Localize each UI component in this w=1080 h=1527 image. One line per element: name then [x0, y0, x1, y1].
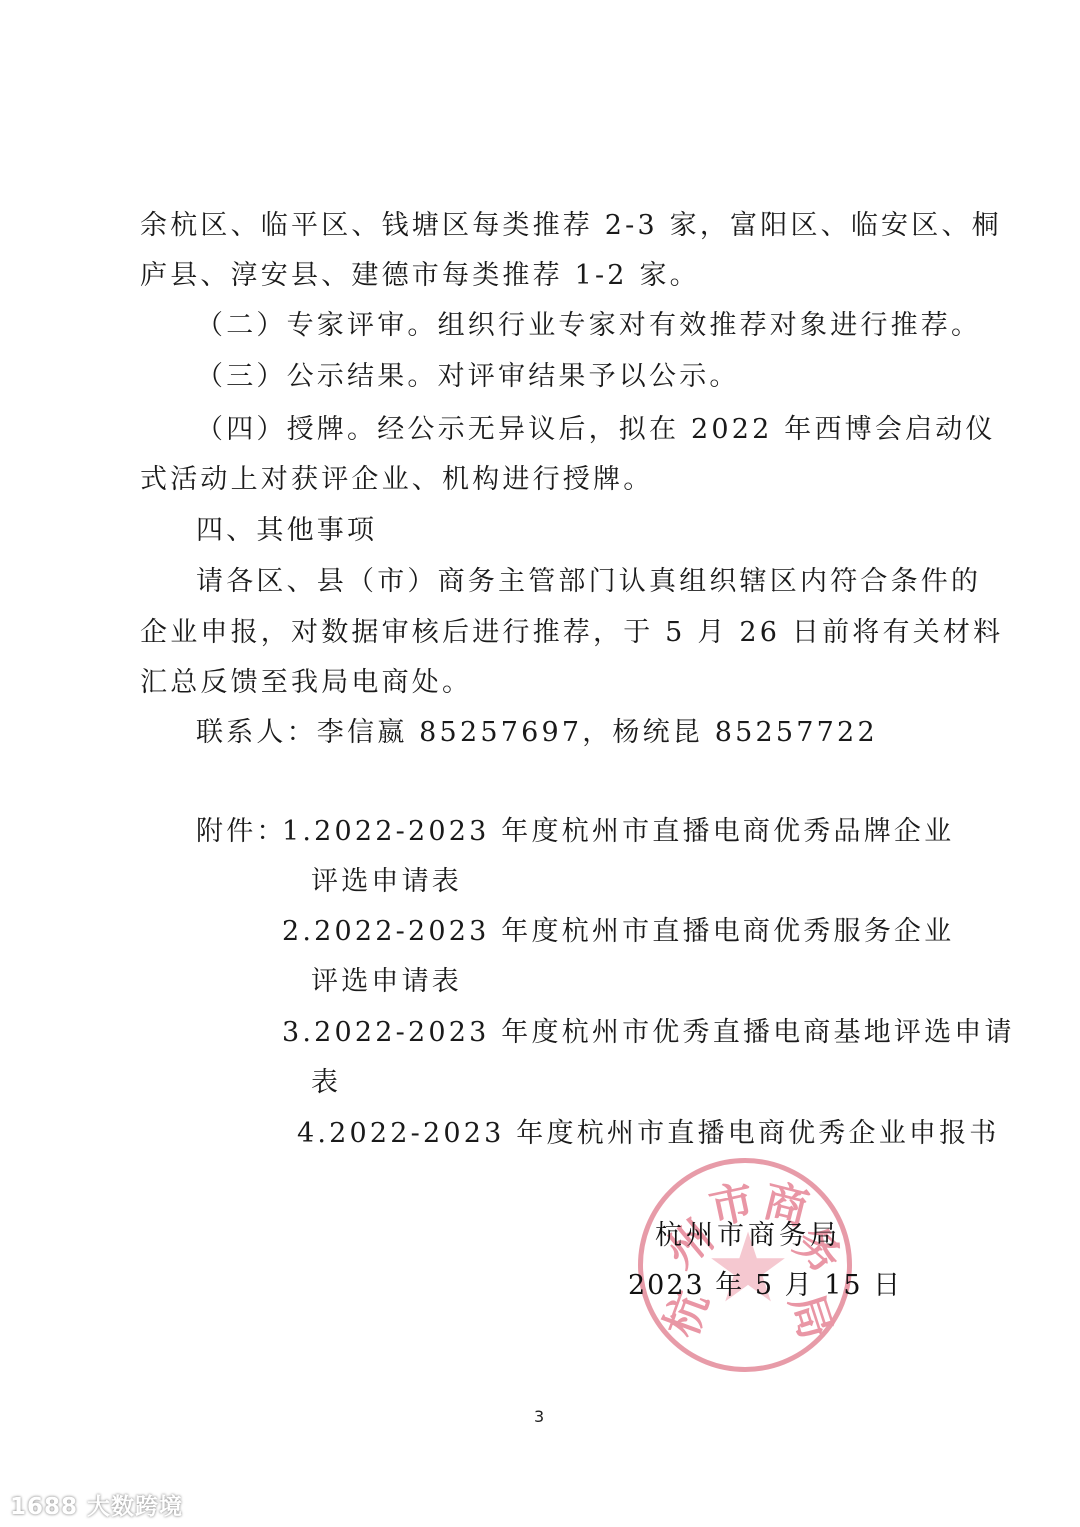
- paragraph-award: （四）授牌。经公示无异议后，拟在 2022 年西博会启动仪: [196, 410, 996, 450]
- attachment-item-4: 4.2022-2023 年度杭州市直播电商优秀企业申报书: [297, 1114, 1000, 1154]
- paragraph-publicity: （三）公示结果。对评审结果予以公示。: [196, 357, 740, 397]
- issue-date: 2023 年 5 月 15 日: [628, 1266, 902, 1306]
- attachment-item-1: 1.2022-2023 年度杭州市直播电商优秀品牌企业: [282, 812, 954, 852]
- paragraph-line: 余杭区、临平区、钱塘区每类推荐 2-3 家，富阳区、临安区、桐: [140, 206, 1002, 246]
- attachment-item-3: 3.2022-2023 年度杭州市优秀直播电商基地评选申请: [282, 1013, 1015, 1053]
- paragraph-instructions: 请各区、县（市）商务主管部门认真组织辖区内符合条件的: [196, 562, 981, 602]
- section-heading-other-matters: 四、其他事项: [196, 511, 377, 551]
- attachment-item-3-cont: 表: [311, 1063, 341, 1103]
- paragraph-line: 庐县、淳安县、建德市每类推荐 1-2 家。: [140, 256, 700, 296]
- official-seal-stamp: ★ 杭 州 市 商 务 局: [638, 1158, 852, 1372]
- attachment-item-2-cont: 评选申请表: [311, 962, 462, 1002]
- page-number: 3: [534, 1407, 544, 1426]
- paragraph-line: 汇总反馈至我局电商处。: [140, 663, 472, 703]
- contact-info: 联系人：李信嬴 85257697，杨统昆 85257722: [196, 713, 878, 753]
- paragraph-line: 式活动上对获评企业、机构进行授牌。: [140, 460, 653, 500]
- attachment-item-2: 2.2022-2023 年度杭州市直播电商优秀服务企业: [282, 912, 954, 952]
- paragraph-expert-review: （二）专家评审。组织行业专家对有效推荐对象进行推荐。: [196, 306, 981, 346]
- watermark-logo: 1688 大数跨境: [10, 1488, 183, 1521]
- attachment-item-1-cont: 评选申请表: [311, 862, 462, 902]
- paragraph-line: 企业申报，对数据审核后进行推荐，于 5 月 26 日前将有关材料: [140, 613, 1003, 653]
- attachments-label: 附件：: [196, 812, 287, 852]
- document-page: 余杭区、临平区、钱塘区每类推荐 2-3 家，富阳区、临安区、桐 庐县、淳安县、建…: [0, 0, 1080, 1527]
- issuer-name: 杭州市商务局: [655, 1216, 841, 1256]
